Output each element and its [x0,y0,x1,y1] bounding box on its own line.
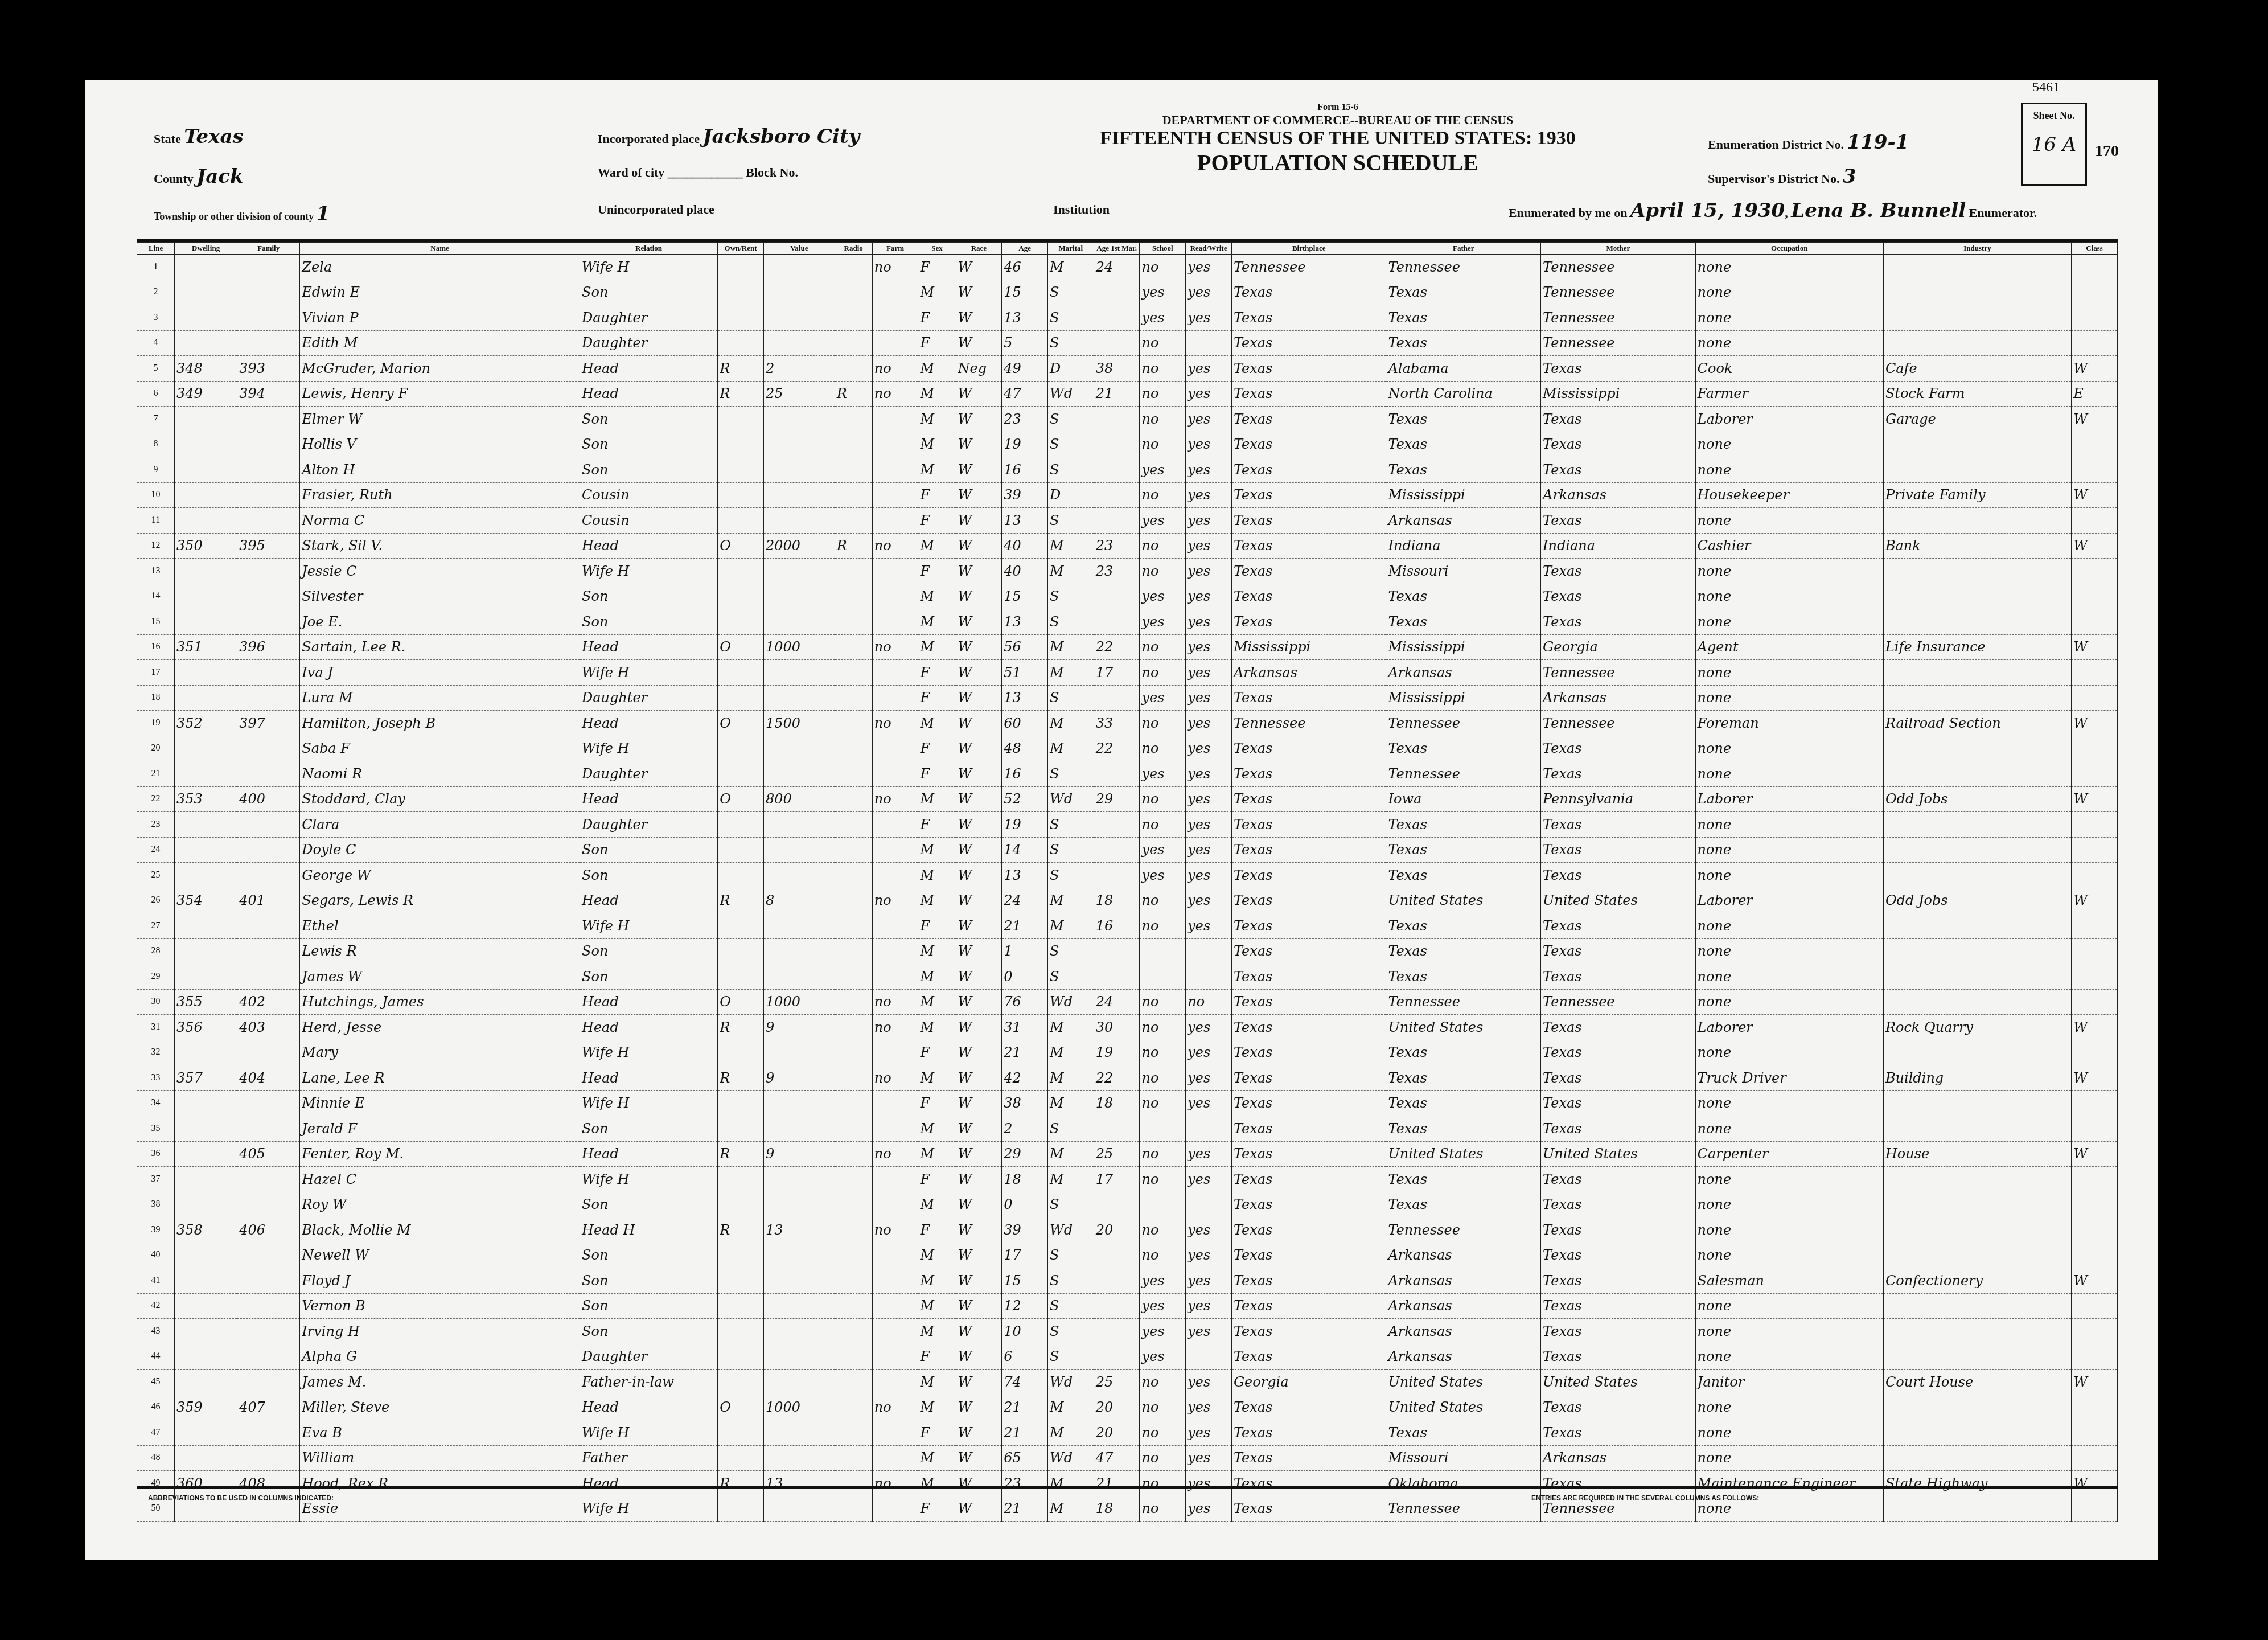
table-cell: Son [580,837,717,863]
table-cell: Texas [1231,1344,1386,1370]
table-cell [763,812,835,838]
table-cell: 353 [175,786,237,812]
table-cell [872,1167,918,1192]
table-cell: 20 [1094,1395,1140,1420]
table-cell [718,1167,764,1192]
table-cell [763,1116,835,1142]
table-cell [175,761,237,787]
table-cell: 7 [137,407,175,432]
table-cell [1094,1319,1140,1344]
table-cell [1883,837,2071,863]
table-cell: M [918,1243,956,1268]
table-cell: yes [1186,381,1232,407]
table-cell: yes [1186,1395,1232,1420]
table-cell: R [718,1217,764,1243]
table-cell: yes [1186,1090,1232,1116]
table-cell: Texas [1386,863,1541,888]
table-cell [763,432,835,457]
table-cell: none [1695,432,1883,457]
column-header: Mother [1541,243,1696,255]
table-cell [872,1319,918,1344]
table-cell: no [1140,1141,1186,1167]
table-cell: 351 [175,634,237,660]
table-cell [1883,1395,2071,1420]
table-cell: James W [300,964,580,990]
table-cell [1883,559,2071,584]
table-cell: Texas [1386,432,1541,457]
table-cell: W [956,508,1002,534]
table-cell: none [1695,1319,1883,1344]
table-row: 6349394Lewis, Henry FHeadR25RnoMW47Wd21n… [137,381,2118,407]
table-cell: yes [1186,786,1232,812]
table-cell [1883,255,2071,280]
table-cell: W [2072,482,2118,508]
table-cell: S [1047,432,1094,457]
table-cell: United States [1386,1015,1541,1040]
table-cell: Georgia [1231,1370,1386,1395]
table-cell: yes [1186,1420,1232,1446]
table-cell: Daughter [580,330,717,356]
table-cell: yes [1186,1217,1232,1243]
table-cell [835,1445,872,1471]
table-cell: Laborer [1695,888,1883,913]
table-cell [1883,989,2071,1015]
table-cell [1094,837,1140,863]
table-cell [718,432,764,457]
table-cell: 352 [175,711,237,736]
table-cell: Housekeeper [1695,482,1883,508]
table-cell: 41 [137,1268,175,1294]
table-cell [1094,685,1140,711]
table-cell: no [872,989,918,1015]
table-cell [237,863,300,888]
table-cell: 1000 [763,1395,835,1420]
table-cell [763,1167,835,1192]
table-cell: 56 [1002,634,1048,660]
table-cell: yes [1186,1319,1232,1344]
table-cell [718,330,764,356]
table-cell [1094,1268,1140,1294]
table-cell: M [918,280,956,305]
column-header: Class [2072,243,2118,255]
table-cell [1883,1293,2071,1319]
table-cell: United States [1386,888,1541,913]
table-row: 3Vivian PDaughterFW13SyesyesTexasTexasTe… [137,305,2118,331]
sheet-number-box: Sheet No. 16 A [2021,102,2087,186]
table-cell [1883,1090,2071,1116]
table-cell: Texas [1541,1268,1696,1294]
table-cell [835,1268,872,1294]
table-cell: Father [580,1445,717,1471]
table-cell [2072,609,2118,635]
table-cell [763,964,835,990]
table-cell: W [956,1420,1002,1446]
table-cell: F [918,685,956,711]
table-cell [1186,1192,1232,1217]
table-cell [175,1040,237,1065]
table-cell: yes [1186,305,1232,331]
table-cell [2072,1293,2118,1319]
table-cell: no [1140,330,1186,356]
table-cell: Laborer [1695,786,1883,812]
table-cell [175,736,237,761]
table-cell [237,609,300,635]
table-row: 18Lura MDaughterFW13SyesyesTexasMississi… [137,685,2118,711]
table-cell [237,1445,300,1471]
table-cell: 15 [137,609,175,635]
table-row: 44Alpha GDaughterFW6SyesTexasArkansasTex… [137,1344,2118,1370]
table-cell [763,1040,835,1065]
table-cell: 24 [1094,255,1140,280]
table-cell [237,1344,300,1370]
table-row: 12350395Stark, Sil V.HeadO2000RnoMW40M23… [137,533,2118,559]
table-cell [2072,1167,2118,1192]
table-cell: 8 [763,888,835,913]
table-cell: W [2072,1065,2118,1091]
table-cell: Son [580,432,717,457]
table-cell: 23 [1094,559,1140,584]
table-cell [1883,1040,2071,1065]
table-cell: R [718,1015,764,1040]
table-cell: 2 [137,280,175,305]
table-cell: W [2072,1268,2118,1294]
table-cell: R [718,1141,764,1167]
table-cell: W [956,989,1002,1015]
table-cell: yes [1186,634,1232,660]
table-cell: 13 [1002,863,1048,888]
table-cell: Missouri [1386,559,1541,584]
table-cell: 800 [763,786,835,812]
table-cell [835,660,872,686]
table-cell: none [1695,457,1883,483]
table-cell: Texas [1231,1116,1386,1142]
table-cell: 52 [1002,786,1048,812]
table-cell: none [1695,1192,1883,1217]
table-cell: 19 [1094,1040,1140,1065]
table-row: 11Norma CCousinFW13SyesyesTexasArkansasT… [137,508,2118,534]
table-cell: Texas [1231,432,1386,457]
table-cell [872,482,918,508]
table-cell: no [872,786,918,812]
table-cell: 10 [1002,1319,1048,1344]
table-row: 20Saba FWife HFW48M22noyesTexasTexasTexa… [137,736,2118,761]
table-cell [175,1344,237,1370]
table-cell: 21 [1002,1395,1048,1420]
table-cell: yes [1186,761,1232,787]
table-cell [1094,280,1140,305]
table-cell: M [918,964,956,990]
table-cell: Son [580,280,717,305]
table-cell: Head [580,356,717,382]
table-cell: Tennessee [1386,1217,1541,1243]
table-cell: 30 [137,989,175,1015]
table-cell: 17 [1094,1167,1140,1192]
table-cell [175,1420,237,1446]
table-row: 40Newell WSonMW17SnoyesTexasArkansasTexa… [137,1243,2118,1268]
table-cell: yes [1186,1167,1232,1192]
table-cell: Frasier, Ruth [300,482,580,508]
table-cell: Texas [1231,913,1386,939]
table-cell: M [1047,1167,1094,1192]
table-cell: United States [1541,1141,1696,1167]
table-cell: Texas [1231,280,1386,305]
table-cell [718,1243,764,1268]
table-cell [237,938,300,964]
table-cell [763,255,835,280]
table-cell [1094,761,1140,787]
table-cell: Texas [1541,559,1696,584]
table-cell: Daughter [580,685,717,711]
table-cell [237,761,300,787]
table-cell: no [1140,634,1186,660]
table-cell: 9 [763,1141,835,1167]
table-row: 45James M.Father-in-lawMW74Wd25noyesGeor… [137,1370,2118,1395]
table-cell: M [918,381,956,407]
table-cell: Son [580,1268,717,1294]
table-cell [1883,964,2071,990]
table-cell: W [956,711,1002,736]
table-cell: 21 [1002,1040,1048,1065]
table-cell: yes [1186,711,1232,736]
table-cell: yes [1186,1141,1232,1167]
table-cell [872,407,918,432]
table-cell: Tennessee [1231,255,1386,280]
table-cell: Texas [1386,938,1541,964]
table-cell [872,685,918,711]
table-cell: 405 [237,1141,300,1167]
table-cell: no [1140,559,1186,584]
table-cell [872,863,918,888]
table-cell [237,1090,300,1116]
table-cell [763,305,835,331]
column-header: Age 1st Mar. [1094,243,1140,255]
table-cell: M [918,1370,956,1395]
table-cell: none [1695,508,1883,534]
table-cell: Cafe [1883,356,2071,382]
table-cell [835,913,872,939]
table-cell: F [918,1090,956,1116]
table-cell: Neg [956,356,1002,382]
table-cell: Elmer W [300,407,580,432]
column-header: Farm [872,243,918,255]
table-cell: Texas [1541,508,1696,534]
table-cell [718,1370,764,1395]
table-cell: none [1695,1243,1883,1268]
table-cell: W [2072,356,2118,382]
table-cell: R [718,356,764,382]
table-cell: 23 [1002,407,1048,432]
table-cell: Mississippi [1231,634,1386,660]
column-header: Name [300,243,580,255]
table-cell [1094,330,1140,356]
table-cell [2072,761,2118,787]
table-cell: Texas [1231,1395,1386,1420]
table-cell [1186,1116,1232,1142]
table-cell [718,1344,764,1370]
table-cell: F [918,660,956,686]
table-cell: Arkansas [1541,482,1696,508]
table-cell: none [1695,305,1883,331]
table-cell: 32 [137,1040,175,1065]
table-cell [835,559,872,584]
table-cell: O [718,1395,764,1420]
table-cell [1883,736,2071,761]
table-cell: Head [580,1015,717,1040]
table-cell: Texas [1386,305,1541,331]
table-cell: Texas [1386,609,1541,635]
table-cell: 21 [1002,1420,1048,1446]
table-cell [175,280,237,305]
table-cell: yes [1186,837,1232,863]
table-cell [175,863,237,888]
table-cell: no [1140,1420,1186,1446]
table-cell: Texas [1541,1319,1696,1344]
table-cell: Texas [1231,457,1386,483]
table-cell: yes [1140,305,1186,331]
table-cell: Sartain, Lee R. [300,634,580,660]
column-header: Value [763,243,835,255]
table-cell: Texas [1386,1192,1541,1217]
table-cell [872,913,918,939]
table-cell: Texas [1386,964,1541,990]
table-cell: none [1695,938,1883,964]
table-cell: M [918,407,956,432]
table-cell: no [1140,711,1186,736]
table-cell: 395 [237,533,300,559]
table-cell: Texas [1231,330,1386,356]
table-cell: M [918,1141,956,1167]
table-cell: M [1047,736,1094,761]
table-cell: Texas [1386,457,1541,483]
table-cell [835,938,872,964]
table-cell: Arkansas [1386,1268,1541,1294]
table-cell [2072,457,2118,483]
table-cell: Texas [1231,736,1386,761]
table-cell [835,457,872,483]
table-cell: yes [1186,482,1232,508]
table-cell [718,305,764,331]
table-cell: yes [1186,736,1232,761]
table-cell: 20 [1094,1420,1140,1446]
table-cell [1140,1192,1186,1217]
unincorporated-field: Unincorporated place [598,202,714,217]
table-cell: 46 [137,1395,175,1420]
table-cell: none [1695,913,1883,939]
table-cell: W [956,457,1002,483]
table-cell: O [718,786,764,812]
table-cell [2072,736,2118,761]
table-cell: Texas [1541,1243,1696,1268]
table-cell: S [1047,761,1094,787]
table-row: 39358406Black, Mollie MHead HR13noFW39Wd… [137,1217,2118,1243]
table-cell: Indiana [1541,533,1696,559]
table-cell [2072,964,2118,990]
table-cell: M [918,1065,956,1091]
table-cell: none [1695,1167,1883,1192]
table-cell: Texas [1231,1090,1386,1116]
table-cell: Tennessee [1386,255,1541,280]
table-cell: Texas [1231,1268,1386,1294]
table-cell: no [1140,736,1186,761]
table-cell [1883,432,2071,457]
table-cell: 23 [137,812,175,838]
table-cell: yes [1140,837,1186,863]
table-cell [835,609,872,635]
table-cell [763,736,835,761]
table-cell: yes [1140,508,1186,534]
table-cell [718,685,764,711]
table-cell [1883,1167,2071,1192]
table-cell: M [918,356,956,382]
table-cell: 8 [137,432,175,457]
table-cell: Tennessee [1541,989,1696,1015]
table-cell [718,482,764,508]
table-cell: S [1047,584,1094,609]
table-cell: none [1695,685,1883,711]
form-title: Form 15-6 DEPARTMENT OF COMMERCE--BUREAU… [1082,102,1594,176]
table-cell: none [1695,989,1883,1015]
table-cell: 47 [137,1420,175,1446]
table-cell: Wd [1047,786,1094,812]
table-cell: Agent [1695,634,1883,660]
table-cell: Texas [1231,1040,1386,1065]
table-row: 42Vernon BSonMW12SyesyesTexasArkansasTex… [137,1293,2118,1319]
table-cell: Stoddard, Clay [300,786,580,812]
table-cell: yes [1186,812,1232,838]
table-cell: 16 [1002,761,1048,787]
table-cell: Hazel C [300,1167,580,1192]
table-cell [1883,1116,2071,1142]
table-cell: no [1140,1040,1186,1065]
table-cell [1186,330,1232,356]
table-cell: O [718,989,764,1015]
table-cell: Texas [1541,1344,1696,1370]
table-cell: 31 [1002,1015,1048,1040]
table-cell: 74 [1002,1370,1048,1395]
table-cell: 9 [763,1015,835,1040]
table-cell [1883,863,2071,888]
column-header: Occupation [1695,243,1883,255]
table-cell: United States [1541,888,1696,913]
table-cell: yes [1186,255,1232,280]
table-cell: Texas [1386,1040,1541,1065]
table-row: 22353400Stoddard, ClayHeadO800noMW52Wd29… [137,786,2118,812]
census-title: FIFTEENTH CENSUS OF THE UNITED STATES: 1… [1082,128,1594,149]
table-cell: M [918,1319,956,1344]
table-cell [835,685,872,711]
column-header: School [1140,243,1186,255]
table-cell [872,584,918,609]
table-cell: Texas [1541,356,1696,382]
table-cell: Pennsylvania [1541,786,1696,812]
table-cell [835,711,872,736]
table-cell [763,609,835,635]
table-cell: no [872,1141,918,1167]
table-cell: W [956,1319,1002,1344]
table-cell: Farmer [1695,381,1883,407]
table-cell [175,1090,237,1116]
table-cell: Texas [1386,407,1541,432]
table-cell [1883,1217,2071,1243]
table-cell: no [1140,1167,1186,1192]
table-cell: 42 [1002,1065,1048,1091]
table-cell: 22 [1094,736,1140,761]
table-cell [1094,1293,1140,1319]
table-cell: Garage [1883,407,2071,432]
table-cell [175,432,237,457]
table-cell: Life Insurance [1883,634,2071,660]
table-cell: 1000 [763,989,835,1015]
